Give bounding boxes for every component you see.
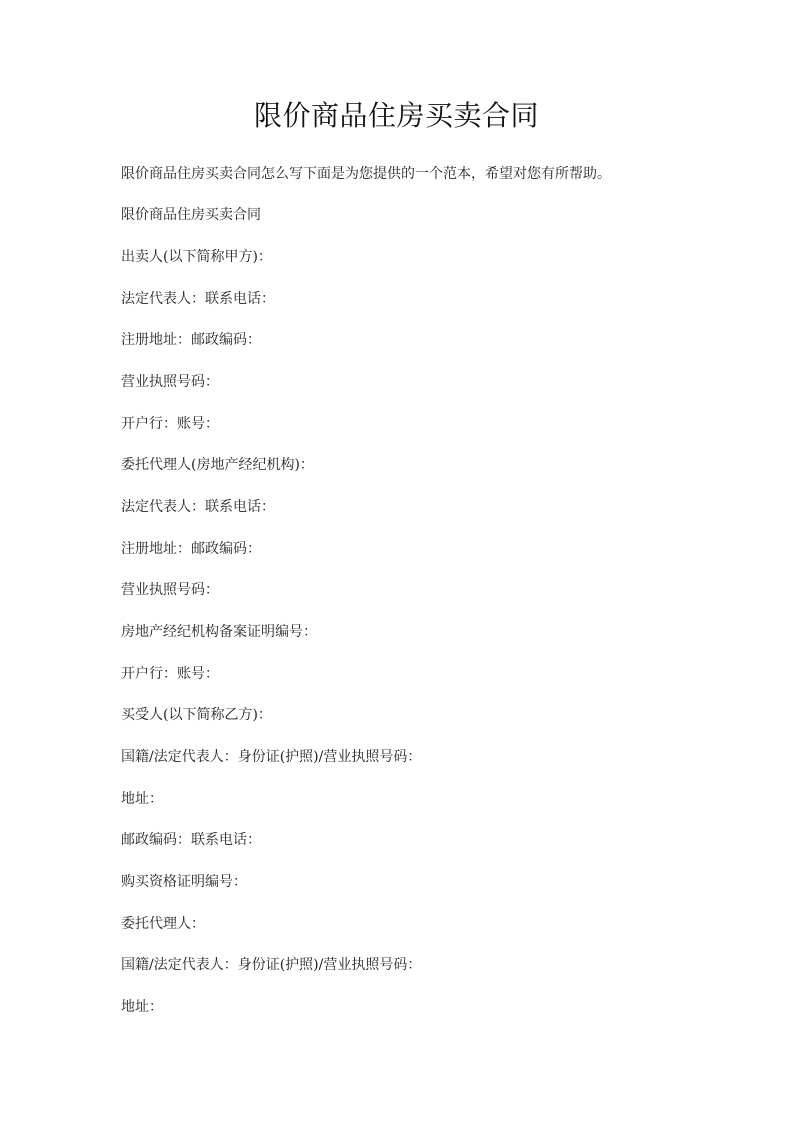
buyer-agent-label: 委托代理人： (121, 913, 205, 935)
agent-address-postcode: 注册地址：邮政编码： (121, 538, 261, 560)
seller-legal-rep-phone: 法定代表人：联系电话： (121, 288, 275, 310)
buyer-postcode-phone: 邮政编码：联系电话： (121, 829, 261, 851)
document-page: 限价商品住房买卖合同 限价商品住房买卖合同怎么写下面是为您提供的一个范本，希望对… (0, 0, 793, 1122)
agent-license-number: 营业执照号码： (121, 579, 219, 601)
buyer-agent-nationality-id: 国籍/法定代表人：身份证(护照)/营业执照号码： (121, 954, 421, 976)
document-title: 限价商品住房买卖合同 (0, 96, 793, 136)
contract-subtitle: 限价商品住房买卖合同 (121, 204, 261, 226)
buyer-nationality-id: 国籍/法定代表人：身份证(护照)/营业执照号码： (121, 746, 421, 768)
seller-bank-account: 开户行：账号： (121, 413, 219, 435)
agent-legal-rep-phone: 法定代表人：联系电话： (121, 496, 275, 518)
buyer-label: 买受人(以下简称乙方)： (121, 704, 272, 726)
agent-bank-account: 开户行：账号： (121, 663, 219, 685)
buyer-agent-address: 地址： (121, 996, 163, 1018)
seller-label: 出卖人(以下简称甲方)： (121, 246, 272, 268)
intro-paragraph: 限价商品住房买卖合同怎么写下面是为您提供的一个范本，希望对您有所帮助。 (121, 163, 611, 185)
agent-filing-cert-number: 房地产经纪机构备案证明编号： (121, 621, 317, 643)
seller-license-number: 营业执照号码： (121, 371, 219, 393)
buyer-address: 地址： (121, 788, 163, 810)
seller-address-postcode: 注册地址：邮政编码： (121, 329, 261, 351)
seller-agent-label: 委托代理人(房地产经纪机构)： (121, 454, 314, 476)
buyer-qualification-number: 购买资格证明编号： (121, 871, 247, 893)
